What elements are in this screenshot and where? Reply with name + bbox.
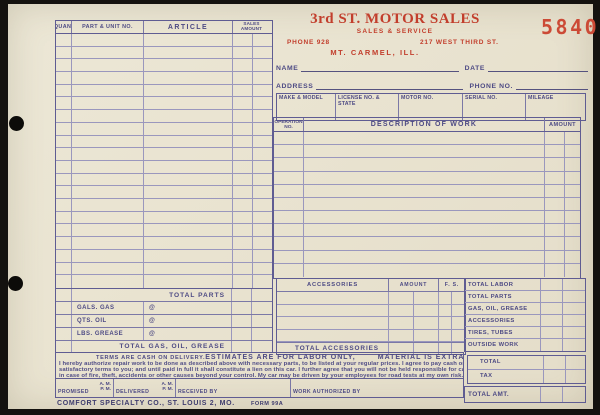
fs-label: F. S.	[439, 279, 465, 291]
promised-box: PROMISED A. M. P. M.	[56, 379, 114, 398]
parts-table-row	[56, 224, 272, 237]
cell-quan	[56, 224, 72, 236]
cell-amount-dollars	[233, 275, 253, 288]
cell-amount-dollars	[541, 279, 563, 290]
punch-hole-top	[9, 116, 24, 131]
cell-article	[144, 148, 233, 160]
cell-description	[304, 211, 545, 223]
lbs-grease-row: LBS. GREASE @	[56, 328, 272, 341]
cell-article	[144, 72, 233, 84]
cell-article	[144, 199, 233, 211]
cell-article	[144, 34, 233, 46]
cell-operation-no	[274, 237, 304, 249]
parts-table-row	[56, 72, 272, 85]
cell-amount-cents	[253, 97, 270, 109]
accessories-row	[277, 305, 465, 318]
cell-accessory	[277, 305, 389, 317]
cell-amount-dollars	[232, 315, 252, 327]
cell-operation-no	[274, 145, 304, 157]
cell-amount-cents	[253, 237, 270, 249]
parts-table: QUAN. PART & UNIT NO. ARTICLE SALES AMOU…	[55, 20, 273, 289]
cell-description	[304, 145, 545, 157]
cell-amount-dollars	[233, 110, 253, 122]
subtotal-label: TOTAL	[468, 356, 544, 369]
cell-amount-dollars	[545, 185, 565, 197]
amount-header: AMOUNT	[545, 118, 580, 131]
cell-article	[144, 161, 233, 173]
cell-amount-dollars	[544, 370, 566, 384]
cell-article	[144, 212, 233, 224]
cell-amount-dollars	[233, 237, 253, 249]
total-parts-label: TOTAL PARTS	[72, 289, 232, 301]
cell-quan	[56, 250, 72, 262]
cell-quan	[56, 275, 72, 288]
work-table-row	[274, 172, 580, 185]
total-amount-row: TOTAL AMT.	[464, 386, 586, 403]
cell-quan	[56, 123, 72, 135]
parts-table-row	[56, 148, 272, 161]
cell-amount-dollars	[233, 199, 253, 211]
cell-amount-dollars	[233, 186, 253, 198]
cell-amount-cents	[565, 158, 580, 170]
gas-oil-grease-row: GAS, OIL, GREASE	[465, 303, 585, 315]
gals-gas-label: GALS. GAS	[72, 302, 144, 314]
total-labor-row: TOTAL LABOR	[465, 279, 585, 291]
accessories-row	[277, 330, 465, 343]
cell-amount-cents	[414, 330, 439, 342]
cell-quan	[56, 136, 72, 148]
cell-amount-cents	[563, 339, 585, 351]
parts-table-row	[56, 212, 272, 225]
terms-heading-line: TERMS ARE CASH ON DELIVERY. ESTIMATES AR…	[56, 353, 463, 361]
cell-article	[144, 237, 233, 249]
cell-quan	[56, 186, 72, 198]
cell-amount-dollars	[232, 289, 252, 301]
cell-amount-dollars	[545, 251, 565, 263]
outside-work-row: OUTSIDE WORK	[465, 339, 585, 351]
cell-amount-dollars	[541, 303, 563, 314]
cell-amount-cents	[565, 198, 580, 210]
cell-amount-dollars	[389, 330, 414, 342]
cell-amount-dollars	[233, 224, 253, 236]
cell-amount-dollars	[541, 315, 563, 326]
cell-amount-dollars	[233, 161, 253, 173]
parts-table-body	[56, 34, 272, 288]
gas-oil-grease-label: GAS, OIL, GREASE	[465, 303, 541, 314]
cell-article	[144, 275, 233, 288]
cell-amount-dollars	[232, 328, 252, 340]
received-by-label: RECEIVED BY	[178, 389, 218, 395]
parts-table-row	[56, 199, 272, 212]
cell-amount-cents	[253, 136, 270, 148]
cell-amount-dollars	[545, 264, 565, 277]
lbs-grease-label: LBS. GREASE	[72, 328, 144, 340]
parts-table-row	[56, 263, 272, 276]
cell-blank	[56, 315, 72, 327]
at-sign: @	[144, 315, 232, 327]
cell-amount-cents	[252, 328, 270, 340]
cell-fs-a	[439, 305, 452, 317]
cell-article	[144, 136, 233, 148]
parts-table-row	[56, 85, 272, 98]
cell-fs-a	[439, 330, 452, 342]
cell-operation-no	[274, 132, 304, 144]
cell-amount-cents	[253, 123, 270, 135]
material-extra-heading: MATERIAL IS EXTRA.	[378, 354, 464, 361]
work-table-row	[274, 224, 580, 237]
cell-amount-dollars	[544, 356, 566, 369]
cell-amount-dollars	[545, 172, 565, 184]
cell-quan	[56, 161, 72, 173]
cell-amount-dollars	[541, 339, 563, 351]
cell-amount-cents	[414, 317, 439, 329]
cell-description	[304, 224, 545, 236]
cell-description	[304, 158, 545, 170]
cell-article	[144, 110, 233, 122]
cell-part-no	[72, 85, 144, 97]
name-blank-line	[301, 64, 458, 72]
cell-article	[144, 97, 233, 109]
scan-background: { "header": { "business_name": "3rd ST. …	[0, 0, 600, 415]
cell-amount-dollars	[545, 198, 565, 210]
cell-operation-no	[274, 185, 304, 197]
name-date-line: NAME DATE	[276, 64, 588, 72]
footer: COMFORT SPECIALTY CO., ST. LOUIS 2, MO. …	[57, 400, 283, 407]
cell-amount-dollars	[232, 341, 252, 352]
cell-description	[304, 198, 545, 210]
cell-amount-cents	[565, 237, 580, 249]
cell-amount-dollars	[233, 263, 253, 275]
cell-quan	[56, 85, 72, 97]
cell-amount-cents	[252, 302, 270, 314]
cell-amount-cents	[253, 186, 270, 198]
parts-table-row	[56, 123, 272, 136]
cell-quan	[56, 34, 72, 46]
cell-amount-cents	[253, 72, 270, 84]
accessories-header: ACCESSORIES AMOUNT F. S.	[277, 279, 465, 292]
cell-part-no	[72, 123, 144, 135]
cell-amount-dollars	[545, 145, 565, 157]
received-by-box: RECEIVED BY	[176, 379, 291, 398]
cell-article	[144, 174, 233, 186]
cell-quan	[56, 212, 72, 224]
parts-table-row	[56, 47, 272, 60]
business-street: 217 WEST THIRD ST.	[420, 39, 499, 46]
cell-amount-cents	[253, 263, 270, 275]
cell-article	[144, 224, 233, 236]
cell-part-no	[72, 263, 144, 275]
form-serial-number: 5840	[541, 15, 599, 39]
parts-totals-section: TOTAL PARTS GALS. GAS @ QTS. OIL @ LBS. …	[55, 289, 273, 353]
cell-amount-dollars	[233, 123, 253, 135]
cell-part-no	[72, 174, 144, 186]
cell-operation-no	[274, 251, 304, 263]
parts-table-row	[56, 34, 272, 47]
cell-amount-cents	[253, 275, 270, 288]
accessories-label: ACCESSORIES	[277, 279, 389, 291]
cell-part-no	[72, 186, 144, 198]
cell-article	[144, 250, 233, 262]
cell-quan	[56, 72, 72, 84]
cell-amount-dollars	[233, 174, 253, 186]
delivered-label: DELIVERED	[116, 389, 149, 395]
date-blank-line	[488, 64, 588, 72]
cell-amount-dollars	[541, 291, 563, 302]
work-table-row	[274, 211, 580, 224]
cell-amount-dollars	[545, 132, 565, 144]
parts-table-row	[56, 97, 272, 110]
article-header: ARTICLE	[144, 21, 233, 33]
work-authorized-label: WORK AUTHORIZED BY	[293, 389, 361, 395]
cell-amount-cents	[563, 315, 585, 326]
work-table-row	[274, 145, 580, 158]
outside-work-label: OUTSIDE WORK	[465, 339, 541, 351]
cell-description	[304, 172, 545, 184]
cell-part-no	[72, 161, 144, 173]
tax-row: TAX	[468, 370, 585, 384]
cell-amount-dollars	[233, 85, 253, 97]
business-phone: PHONE 928	[287, 39, 330, 46]
parts-table-header: QUAN. PART & UNIT NO. ARTICLE SALES AMOU…	[56, 21, 272, 34]
cell-amount-dollars	[233, 47, 253, 59]
accessories-body	[277, 292, 465, 342]
parts-table-row	[56, 59, 272, 72]
cell-part-no	[72, 237, 144, 249]
repair-order-form: QUAN. PART & UNIT NO. ARTICLE SALES AMOU…	[8, 4, 593, 409]
cell-amount-cents	[565, 172, 580, 184]
promised-am-pm: A. M. P. M.	[100, 382, 111, 393]
address-blank-line	[316, 82, 463, 90]
cell-amount-dollars	[232, 302, 252, 314]
cell-amount-dollars	[233, 72, 253, 84]
cell-blank	[56, 302, 72, 314]
cell-amount-cents	[565, 251, 580, 263]
cell-amount-cents	[252, 341, 270, 352]
work-table-row	[274, 237, 580, 250]
operation-no-header: OPERATION NO.	[274, 118, 304, 131]
cell-amount-cents	[253, 59, 270, 71]
cell-amount-cents	[565, 145, 580, 157]
form-id: FORM 99A	[251, 401, 283, 407]
cell-amount-cents	[563, 387, 585, 402]
accessories-row	[277, 317, 465, 330]
cell-amount-cents	[563, 291, 585, 302]
cell-amount-cents	[566, 370, 585, 384]
phone-no-label: PHONE NO.	[469, 83, 513, 90]
cell-amount-dollars	[233, 250, 253, 262]
date-label: DATE	[465, 65, 485, 72]
cell-article	[144, 47, 233, 59]
description-of-work-header: DESCRIPTION OF WORK	[304, 118, 545, 131]
cell-amount-cents	[565, 264, 580, 277]
cell-amount-dollars	[389, 305, 414, 317]
address-label: ADDRESS	[276, 83, 313, 90]
cell-operation-no	[274, 198, 304, 210]
cell-accessory	[277, 292, 389, 304]
cell-amount-cents	[563, 303, 585, 314]
cell-operation-no	[274, 224, 304, 236]
cell-description	[304, 251, 545, 263]
business-city: MT. CARMEL, ILL.	[290, 48, 460, 57]
cell-blank	[56, 341, 72, 352]
cell-description	[304, 185, 545, 197]
cell-amount-cents	[565, 132, 580, 144]
cell-amount-cents	[253, 199, 270, 211]
cell-operation-no	[274, 211, 304, 223]
cell-article	[144, 59, 233, 71]
cell-part-no	[72, 250, 144, 262]
totals-summary-table: TOTAL LABOR TOTAL PARTS GAS, OIL, GREASE…	[464, 278, 586, 352]
parts-table-row	[56, 250, 272, 263]
printer-imprint: COMFORT SPECIALTY CO., ST. LOUIS 2, MO.	[57, 400, 235, 407]
work-authorized-box: WORK AUTHORIZED BY	[291, 379, 463, 398]
cell-amount-cents	[414, 292, 439, 304]
cell-amount-cents	[253, 250, 270, 262]
total-labor-label: TOTAL LABOR	[465, 279, 541, 290]
parts-table-row	[56, 110, 272, 123]
cell-amount-dollars	[545, 224, 565, 236]
cell-operation-no	[274, 264, 304, 277]
qts-oil-row: QTS. OIL @	[56, 315, 272, 328]
cell-amount-dollars	[233, 136, 253, 148]
cell-quan	[56, 97, 72, 109]
cell-article	[144, 85, 233, 97]
cell-amount-cents	[253, 110, 270, 122]
subtotal-tax-table: TOTAL TAX	[467, 355, 586, 384]
parts-table-row	[56, 186, 272, 199]
delivered-am-pm: A. M. P. M.	[162, 382, 173, 393]
work-table-row	[274, 251, 580, 264]
at-sign: @	[144, 302, 232, 314]
cell-amount-cents	[565, 185, 580, 197]
cell-amount-cents	[253, 224, 270, 236]
work-table-row	[274, 132, 580, 145]
total-parts-summary-row: TOTAL PARTS	[465, 291, 585, 303]
parts-table-row	[56, 161, 272, 174]
cell-part-no	[72, 59, 144, 71]
cell-fs-a	[439, 317, 452, 329]
cell-quan	[56, 263, 72, 275]
cell-amount-cents	[565, 224, 580, 236]
parts-table-row	[56, 174, 272, 187]
cell-amount-cents	[252, 289, 270, 301]
cell-amount-cents	[253, 161, 270, 173]
total-amt-label: TOTAL AMT.	[465, 387, 541, 402]
cell-quan	[56, 59, 72, 71]
subtotal-row: TOTAL	[468, 356, 585, 370]
cell-blank	[56, 328, 72, 340]
cell-article	[144, 263, 233, 275]
cell-part-no	[72, 275, 144, 288]
qts-oil-label: QTS. OIL	[72, 315, 144, 327]
cell-accessory	[277, 317, 389, 329]
cell-amount-dollars	[545, 237, 565, 249]
cell-description	[304, 132, 545, 144]
total-parts-summary-label: TOTAL PARTS	[465, 291, 541, 302]
estimates-heading: ESTIMATES ARE FOR LABOR ONLY,	[205, 354, 355, 361]
cell-accessory	[277, 330, 389, 342]
business-tagline: SALES & SERVICE	[270, 28, 520, 35]
cell-article	[144, 186, 233, 198]
cell-amount-cents	[253, 174, 270, 186]
part-unit-no-header: PART & UNIT NO.	[72, 21, 144, 33]
accessories-row	[277, 292, 465, 305]
cell-part-no	[72, 72, 144, 84]
work-table-row	[274, 185, 580, 198]
pm-label: P. M.	[162, 387, 173, 392]
total-parts-row: TOTAL PARTS	[56, 289, 272, 302]
cell-description	[304, 237, 545, 249]
cell-amount-cents	[253, 47, 270, 59]
parts-table-row	[56, 275, 272, 288]
parts-table-row	[56, 136, 272, 149]
cell-quan	[56, 199, 72, 211]
sales-amount-header: SALES AMOUNT	[233, 21, 270, 33]
cell-amount-cents	[414, 305, 439, 317]
promised-label: PROMISED	[58, 389, 89, 395]
punch-hole-bottom	[8, 276, 23, 291]
cell-amount-dollars	[233, 212, 253, 224]
cell-amount-cents	[252, 315, 270, 327]
work-table-body	[274, 132, 580, 277]
work-table: OPERATION NO. DESCRIPTION OF WORK AMOUNT	[273, 117, 581, 279]
work-table-row	[274, 158, 580, 171]
cell-part-no	[72, 136, 144, 148]
tires-tubes-row: TIRES, TUBES	[465, 327, 585, 339]
cell-quan	[56, 47, 72, 59]
name-label: NAME	[276, 65, 298, 72]
cell-amount-dollars	[233, 59, 253, 71]
address-phone-line: ADDRESS PHONE NO.	[276, 82, 588, 90]
cell-part-no	[72, 212, 144, 224]
cell-quan	[56, 148, 72, 160]
gals-gas-row: GALS. GAS @	[56, 302, 272, 315]
accessories-amount-label: AMOUNT	[389, 279, 439, 291]
pm-label: P. M.	[100, 387, 111, 392]
delivered-box: DELIVERED A. M. P. M.	[114, 379, 176, 398]
cell-amount-dollars	[545, 211, 565, 223]
cell-part-no	[72, 224, 144, 236]
accessories-summary-label: ACCESSORIES	[465, 315, 541, 326]
cell-amount-dollars	[541, 327, 563, 338]
tires-tubes-label: TIRES, TUBES	[465, 327, 541, 338]
cell-operation-no	[274, 172, 304, 184]
cell-part-no	[72, 34, 144, 46]
cell-amount-cents	[566, 356, 585, 369]
cell-blank	[56, 289, 72, 301]
cell-amount-cents	[563, 327, 585, 338]
phone-blank-line	[516, 82, 588, 90]
cell-quan	[56, 174, 72, 186]
cell-amount-cents	[253, 34, 270, 46]
cell-amount-dollars	[389, 292, 414, 304]
parts-table-row	[56, 237, 272, 250]
cell-quan	[56, 110, 72, 122]
cell-amount-dollars	[389, 317, 414, 329]
cell-part-no	[72, 110, 144, 122]
tax-label: TAX	[468, 370, 544, 384]
cell-amount-dollars	[541, 387, 563, 402]
cell-amount-cents	[565, 211, 580, 223]
work-table-row	[274, 264, 580, 277]
cell-amount-dollars	[545, 158, 565, 170]
cell-part-no	[72, 148, 144, 160]
cell-article	[144, 123, 233, 135]
cell-amount-cents	[253, 148, 270, 160]
cell-part-no	[72, 47, 144, 59]
total-gas-oil-grease-row: TOTAL GAS, OIL, GREASE	[56, 341, 272, 352]
cell-amount-dollars	[233, 148, 253, 160]
